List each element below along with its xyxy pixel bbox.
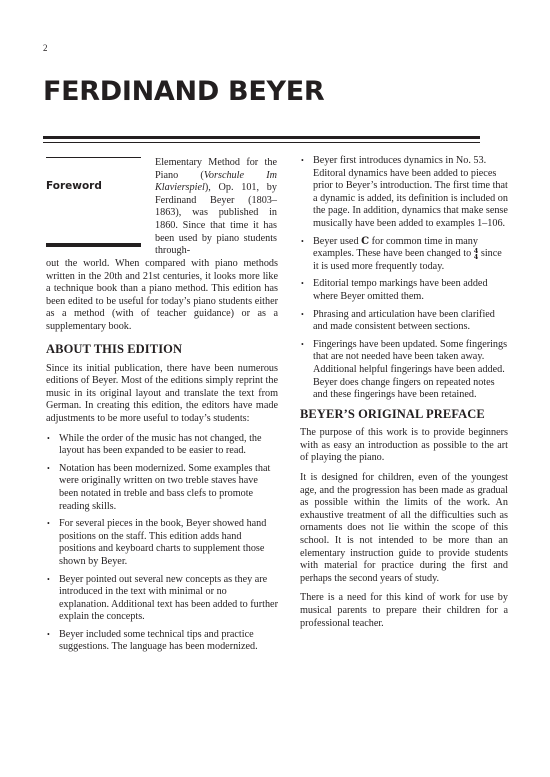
bullet-icon: •	[47, 518, 50, 531]
bullet-icon: •	[301, 236, 304, 249]
list-item-text: Beyer first introduces dynamics in No. 5…	[313, 155, 508, 229]
left-column: ABOUT THIS EDITION Since its initial pub…	[46, 343, 278, 659]
bullet-icon: •	[301, 155, 304, 168]
list-item: •For several pieces in the book, Beyer s…	[46, 518, 278, 568]
common-time-icon: C	[361, 236, 369, 247]
preface-paragraph: There is a need for this kind of work fo…	[300, 592, 508, 630]
bullet-icon: •	[47, 574, 50, 587]
list-item: •While the order of the music has not ch…	[46, 433, 278, 458]
list-item-text: While the order of the music has not cha…	[59, 433, 262, 457]
list-item: •Beyer included some technical tips and …	[46, 629, 278, 654]
list-item: •Beyer used C for common time in many ex…	[300, 236, 508, 274]
bullet-icon: •	[301, 339, 304, 352]
list-item-text: Phrasing and articulation have been clar…	[313, 309, 495, 333]
foreword-intro-text-2: ), Op. 101, by Ferdinand Beyer (1803–186…	[155, 182, 277, 256]
foreword-label: Foreword	[46, 180, 102, 192]
bullet-icon: •	[47, 629, 50, 642]
list-item-text: For several pieces in the book, Beyer sh…	[59, 518, 266, 567]
bullet-icon: •	[301, 309, 304, 322]
foreword-rule-bottom	[46, 243, 141, 247]
list-item: •Beyer pointed out several new concepts …	[46, 574, 278, 624]
foreword-intro: Elementary Method for the Piano (Vorschu…	[155, 157, 277, 258]
about-heading: ABOUT THIS EDITION	[46, 343, 278, 356]
bullet-icon: •	[47, 463, 50, 476]
preface-paragraph: It is designed for children, even of the…	[300, 472, 508, 585]
page-number: 2	[43, 43, 48, 53]
list-item: •Editorial tempo markings have been adde…	[300, 278, 508, 303]
right-column: •Beyer first introduces dynamics in No. …	[300, 155, 508, 637]
foreword-rule-top	[46, 157, 141, 158]
about-bullets-left: •While the order of the music has not ch…	[46, 433, 278, 655]
about-bullets-right: •Beyer first introduces dynamics in No. …	[300, 155, 508, 402]
foreword-continuation: out the world. When compared with piano …	[46, 258, 278, 334]
list-item-text: Beyer pointed out several new concepts a…	[59, 574, 278, 623]
list-item: •Phrasing and articulation have been cla…	[300, 309, 508, 334]
list-item-text: Editorial tempo markings have been added…	[313, 278, 488, 302]
list-item: •Fingerings have been updated. Some fing…	[300, 339, 508, 402]
list-item-text: Beyer included some technical tips and p…	[59, 629, 258, 653]
list-item-text: Notation has been modernized. Some examp…	[59, 463, 270, 512]
bullet-icon: •	[301, 278, 304, 291]
list-item: •Notation has been modernized. Some exam…	[46, 463, 278, 513]
about-intro: Since its initial publication, there hav…	[46, 363, 278, 426]
page-title: FERDINAND BEYER	[43, 78, 324, 105]
preface-paragraph: The purpose of this work is to provide b…	[300, 427, 508, 465]
preface-heading: BEYER’S ORIGINAL PREFACE	[300, 408, 508, 421]
list-item: •Beyer first introduces dynamics in No. …	[300, 155, 508, 231]
list-item-text: Beyer used	[313, 236, 361, 247]
list-item-text: Fingerings have been updated. Some finge…	[313, 339, 507, 400]
bullet-icon: •	[47, 433, 50, 446]
title-divider	[43, 136, 480, 143]
